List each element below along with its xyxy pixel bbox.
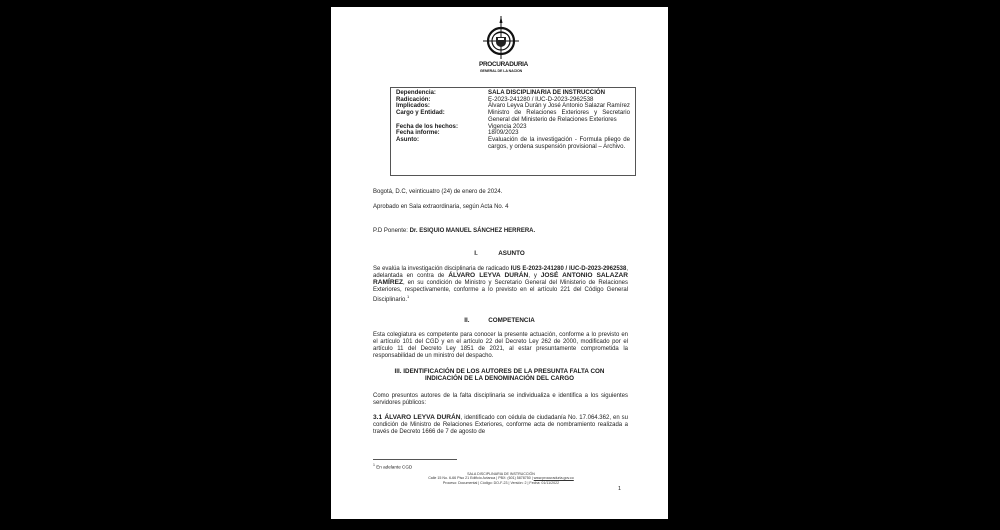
competencia-paragraph: Esta colegiatura es competente para cono… <box>373 332 628 360</box>
implicado-name: ÁLVARO LEYVA DURÁN <box>448 272 528 279</box>
footnote-ref: 1 <box>407 294 409 299</box>
section-title: ASUNTO <box>498 250 524 257</box>
section-heading-asunto: I.ASUNTO <box>331 250 668 257</box>
ponente-line: P.D Ponente: Dr. ESIQUIO MANUEL SÁNCHEZ … <box>373 228 535 235</box>
logo-subtitle: GENERAL DE LA NACION <box>479 69 523 73</box>
section-title-line1: III. IDENTIFICACIÓN DE LOS AUTORES DE LA… <box>361 368 638 375</box>
section-number: I. <box>474 250 498 257</box>
logo-title: PROCURADURIA <box>479 61 523 68</box>
footer-website-link[interactable]: www.procuraduria.gov.co <box>534 476 574 480</box>
item-number: 3.1 <box>373 414 384 421</box>
info-row-cargo: Cargo y Entidad: Ministro de Relaciones … <box>396 110 630 123</box>
ponente-name: Dr. ESIQUIO MANUEL SÁNCHEZ HERRERA. <box>410 228 536 234</box>
footnote-text: En adelante CGD <box>375 465 412 470</box>
footnote: 1 En adelante CGD <box>373 462 412 471</box>
place-date: Bogotá, D.C, veinticuatro (24) de enero … <box>373 189 502 196</box>
info-value: Ministro de Relaciones Exteriores y Secr… <box>488 110 630 123</box>
section-number: II. <box>464 317 488 324</box>
autor-item-3-1: 3.1 ÁLVARO LEYVA DURÁN, identificado con… <box>373 415 628 436</box>
info-label: Cargo y Entidad: <box>396 110 488 123</box>
text-run: , y <box>528 273 540 279</box>
footer-contact: Calle 15 No. 6-66 Piso 21 Edificio Avian… <box>428 476 533 480</box>
page-footer: SALA DISCIPLINARIA DE INSTRUCCIÓN Calle … <box>371 472 631 485</box>
ponente-label: P.D Ponente: <box>373 228 410 234</box>
autor-name: ÁLVARO LEYVA DURÁN <box>384 414 460 421</box>
section-heading-competencia: II.COMPETENCIA <box>331 317 668 324</box>
crest-compass-icon <box>479 15 523 61</box>
section-title-line2: INDICACIÓN DE LA DENOMINACIÓN DEL CARGO <box>361 375 638 382</box>
document-page: PROCURADURIA GENERAL DE LA NACION Depend… <box>331 7 668 519</box>
procuraduria-logo: PROCURADURIA GENERAL DE LA NACION <box>479 15 523 79</box>
info-row-asunto: Asunto: Evaluación de la investigación -… <box>396 137 630 150</box>
footer-process-info: Proceso: Documental | Código: DO-F-23 | … <box>371 481 631 485</box>
page-number: 1 <box>618 486 621 492</box>
info-value: Evaluación de la investigación - Formula… <box>488 137 630 150</box>
text-run: , en su condición de Ministro y Secretar… <box>373 280 628 303</box>
asunto-paragraph: Se evalúa la investigación disciplinaria… <box>373 266 628 304</box>
info-label: Asunto: <box>396 137 488 150</box>
section-heading-identificacion: III. IDENTIFICACIÓN DE LOS AUTORES DE LA… <box>361 368 638 382</box>
section-title: COMPETENCIA <box>488 317 535 324</box>
case-info-box: Dependencia: SALA DISCIPLINARIA DE INSTR… <box>390 87 636 176</box>
identificacion-intro: Como presuntos autores de la falta disci… <box>373 393 628 407</box>
approval-note: Aprobado en Sala extraordinaria, según A… <box>373 204 508 211</box>
footnote-divider <box>373 459 457 460</box>
